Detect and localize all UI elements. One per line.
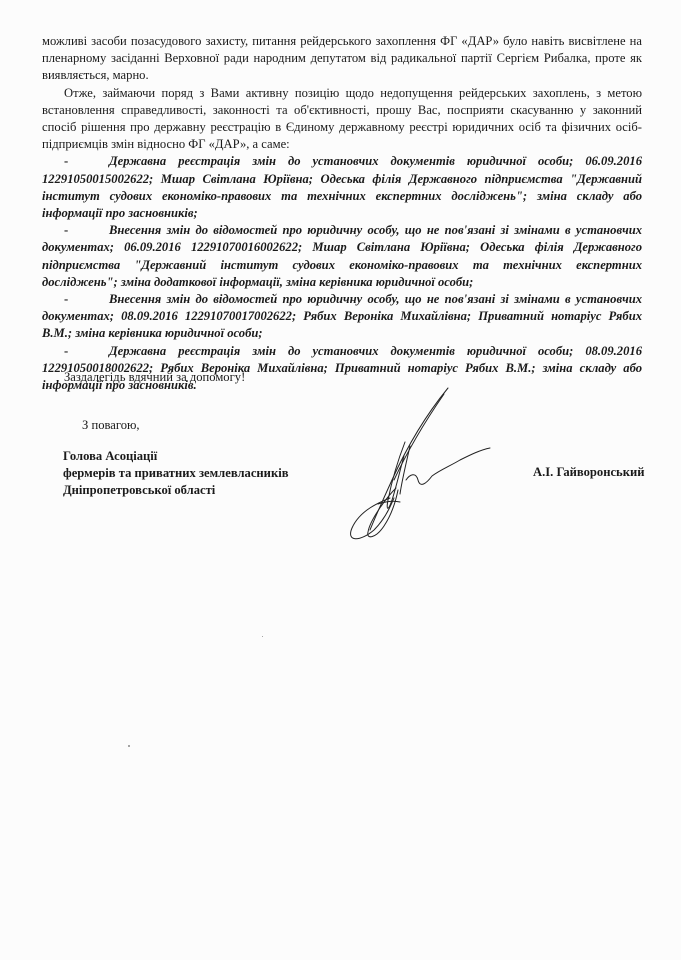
list-item: -Внесення змін до відомостей про юридичн… bbox=[42, 291, 642, 343]
signatory-title-line: Дніпропетровської області bbox=[63, 482, 289, 499]
signatory-title: Голова Асоціації фермерів та приватних з… bbox=[63, 448, 289, 499]
document-page: можливі засоби позасудового захисту, пит… bbox=[0, 0, 681, 960]
signatory-title-line: Голова Асоціації bbox=[63, 448, 289, 465]
handwritten-signature-icon bbox=[330, 380, 500, 545]
list-item-text: Державна реєстрація змін до установчих д… bbox=[42, 154, 642, 220]
list-item: -Державна реєстрація змін до установчих … bbox=[42, 153, 642, 222]
bullet-dash: - bbox=[64, 291, 109, 308]
list-item-text: Внесення змін до відомостей про юридичну… bbox=[42, 292, 642, 340]
closing-line: З повагою, bbox=[82, 418, 140, 433]
bullet-dash: - bbox=[64, 222, 109, 239]
intro-paragraph: можливі засоби позасудового захисту, пит… bbox=[42, 33, 642, 85]
thanks-line: Заздалегідь вдячний за допомогу! bbox=[64, 370, 245, 385]
letter-body: можливі засоби позасудового захисту, пит… bbox=[42, 33, 642, 394]
bullet-dash: - bbox=[64, 343, 109, 360]
list-item-text: Внесення змін до відомостей про юридичну… bbox=[42, 223, 642, 289]
list-item: -Внесення змін до відомостей про юридичн… bbox=[42, 222, 642, 291]
scan-speck bbox=[128, 745, 130, 747]
signatory-name: А.І. Гайворонський bbox=[533, 465, 645, 480]
bullet-dash: - bbox=[64, 153, 109, 170]
request-paragraph: Отже, займаючи поряд з Вами активну пози… bbox=[42, 85, 642, 154]
signatory-title-line: фермерів та приватних землевласників bbox=[63, 465, 289, 482]
scan-speck bbox=[262, 636, 263, 637]
